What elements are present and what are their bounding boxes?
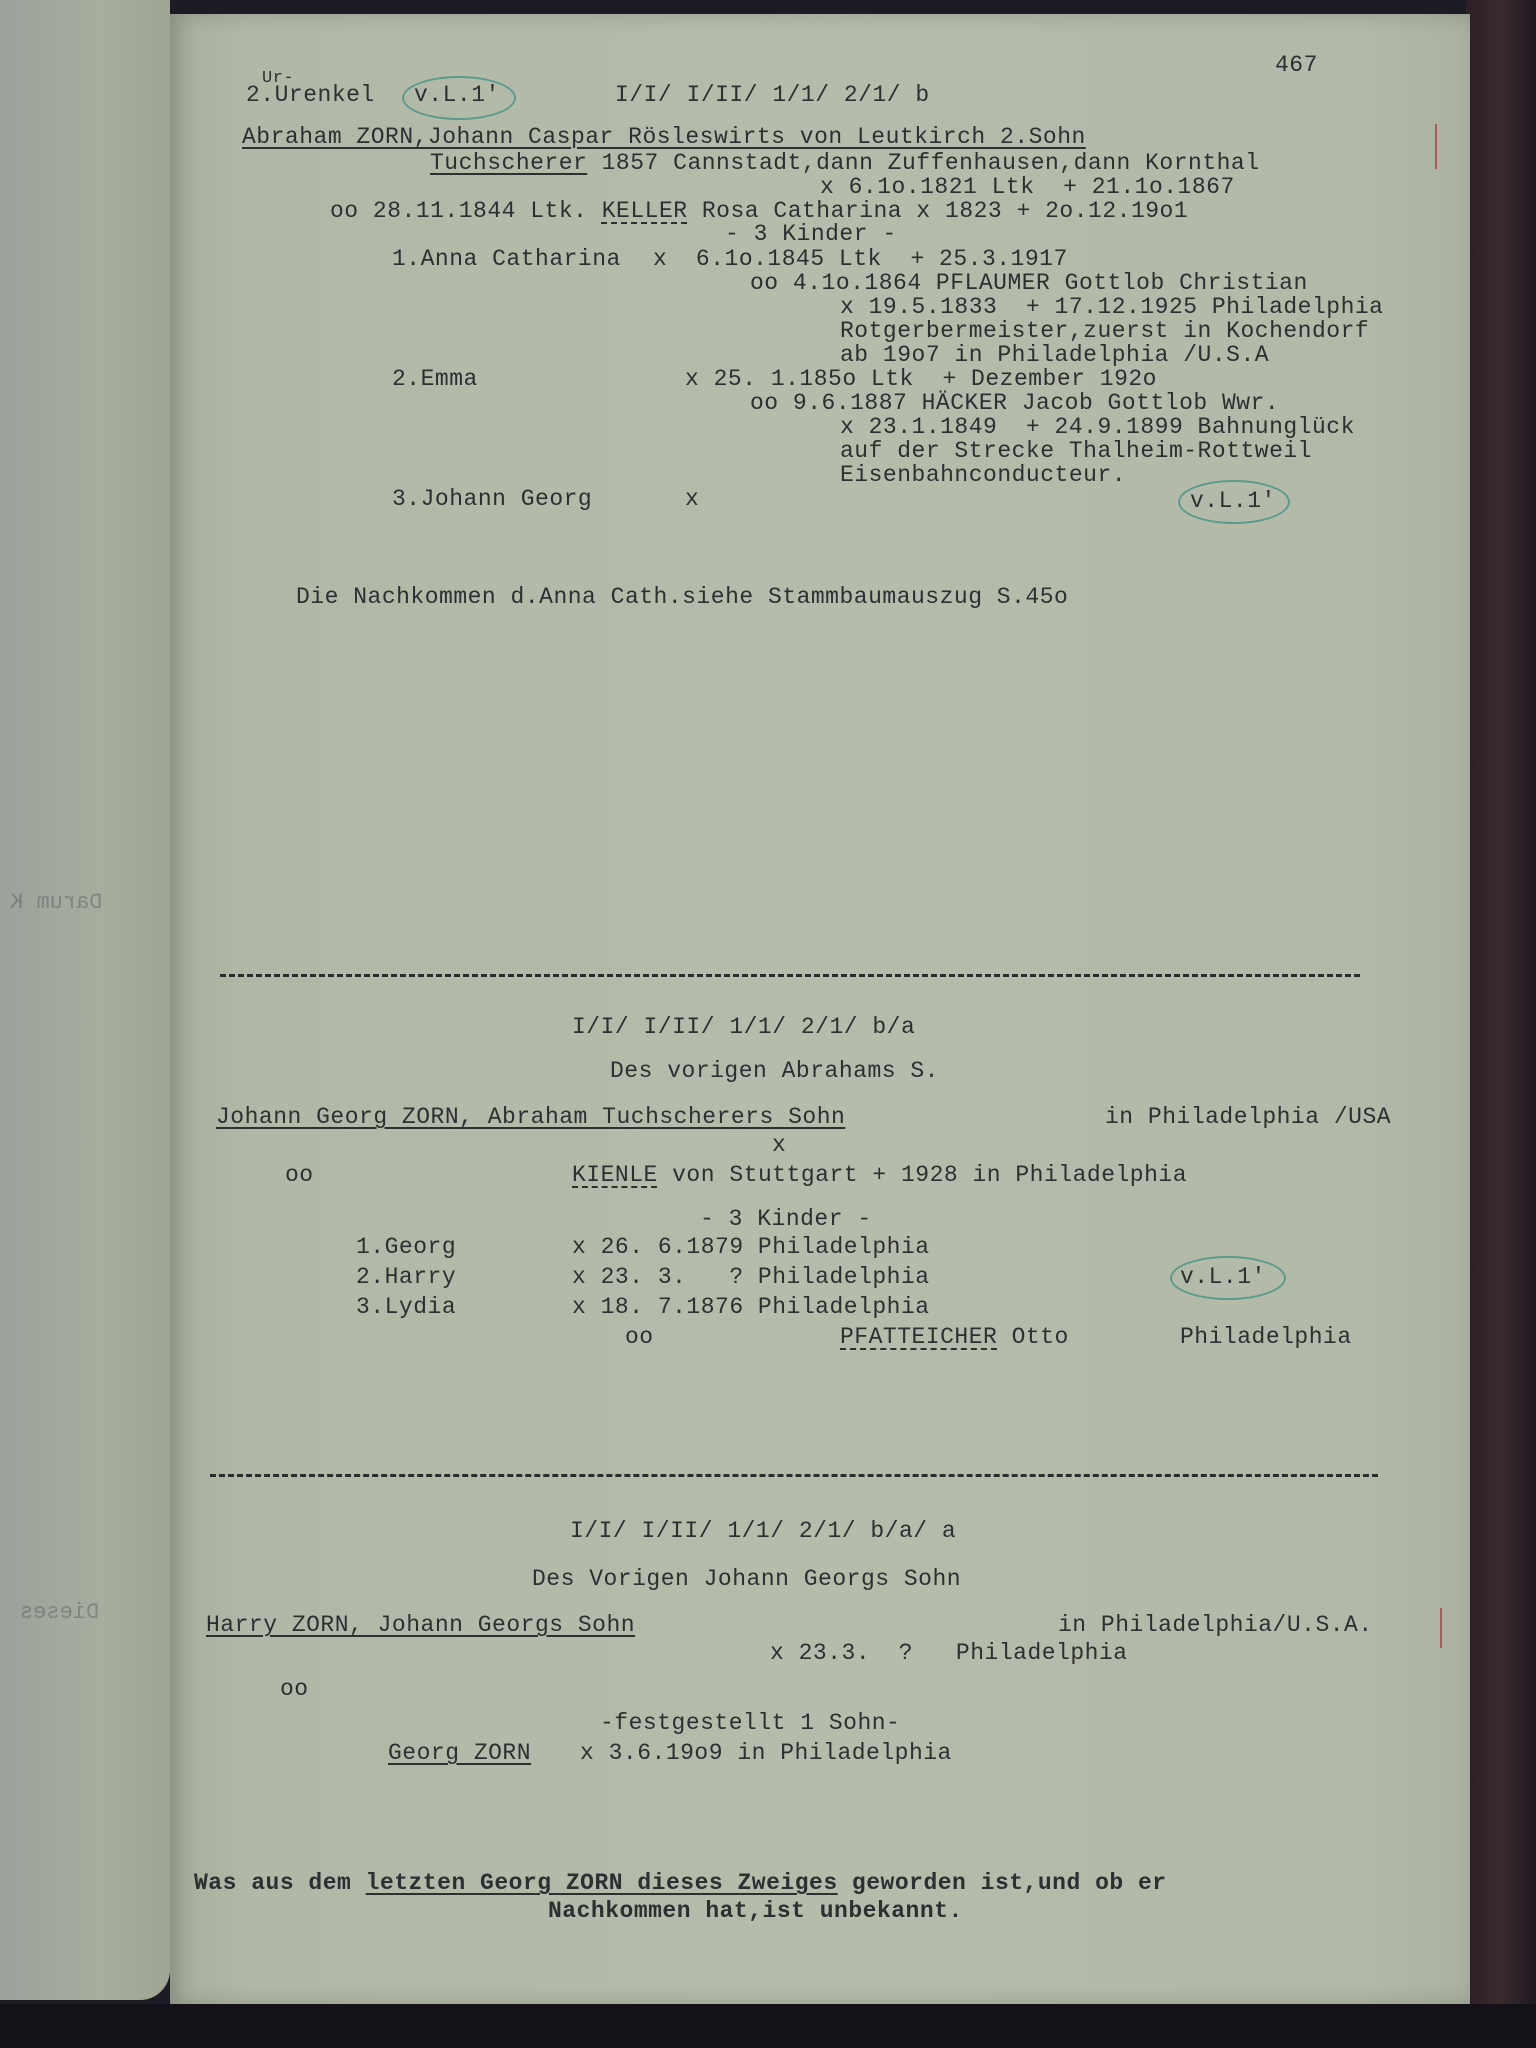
section-subtitle: Des vorigen Abrahams S.	[610, 1058, 939, 1084]
child-birth: x 3.6.19o9 in Philadelphia	[580, 1740, 952, 1766]
page-number: 467	[1275, 52, 1318, 78]
book-bottom-edge	[0, 2004, 1536, 2048]
descendants-note: Die Nachkommen d.Anna Cath.siehe Stammba…	[296, 584, 1068, 610]
child-detail: oo 4.1o.1864 PFLAUMER Gottlob Christian	[750, 270, 1308, 296]
marriage-marker: oo	[280, 1676, 309, 1702]
child-detail: Rotgerbermeister,zuerst in Kochendorf	[840, 318, 1369, 344]
left-facing-page: Darum K Dieses	[0, 0, 170, 2000]
green-circle-annotation	[1178, 480, 1290, 524]
spouse-details: von Stuttgart + 1928 in Philadelphia	[658, 1162, 1187, 1188]
occupation: Tuchscherer	[430, 150, 587, 176]
bleed-through-text: Dieses	[20, 1600, 99, 1625]
child-name: 2.Harry	[356, 1264, 456, 1290]
child-detail: x 23.1.1849 + 24.9.1899 Bahnunglück	[840, 414, 1355, 440]
residence: in Philadelphia/U.S.A.	[1058, 1612, 1373, 1638]
marriage-marker: oo	[285, 1162, 314, 1188]
occupation-details: 1857 Cannstadt,dann Zuffenhausen,dann Ko…	[587, 150, 1259, 176]
genealogy-code: I/I/ I/II/ 1/1/ 2/1/ b	[615, 82, 930, 108]
child-birth: x 6.1o.1845 Ltk + 25.3.1917	[653, 246, 1068, 272]
red-margin-mark	[1440, 1608, 1442, 1648]
child-detail: ab 19o7 in Philadelphia /U.S.A	[840, 342, 1269, 368]
book-cover-edge	[1466, 0, 1536, 2048]
child-detail: x 19.5.1833 + 17.12.1925 Philadelphia	[840, 294, 1384, 320]
section-divider	[220, 974, 1360, 977]
child-name: 1.Georg	[356, 1234, 456, 1260]
genealogy-code: I/I/ I/II/ 1/1/ 2/1/ b/a/ a	[570, 1518, 956, 1544]
closing-underlined: letzten Georg ZORN dieses Zweiges	[366, 1870, 838, 1896]
document-page: 467 Ur- 2.Urenkel v.L.1' I/I/ I/II/ 1/1/…	[170, 14, 1470, 2004]
bleed-through-text: Darum K	[10, 890, 102, 915]
child-birth: x 18. 7.1876 Philadelphia	[572, 1294, 930, 1320]
green-circle-annotation	[402, 76, 516, 120]
section-divider	[210, 1474, 1378, 1477]
life-dates: x 6.1o.1821 Ltk + 21.1o.1867	[820, 174, 1235, 200]
birth-marker: x	[772, 1132, 786, 1158]
marriage-marker: oo	[625, 1324, 654, 1350]
residence: in Philadelphia /USA	[1105, 1104, 1391, 1130]
child-detail: auf der Strecke Thalheim-Rottweil	[840, 438, 1312, 464]
children-heading: - 3 Kinder -	[725, 221, 897, 247]
genealogy-code: I/I/ I/II/ 1/1/ 2/1/ b/a	[572, 1014, 915, 1040]
child-name: Georg ZORN	[388, 1740, 531, 1766]
children-heading: -festgestellt 1 Sohn-	[600, 1710, 900, 1736]
child-detail: oo 9.6.1887 HÄCKER Jacob Gottlob Wwr.	[750, 390, 1279, 416]
spouse-firstname: Otto	[997, 1324, 1069, 1350]
green-circle-annotation	[1170, 1256, 1286, 1300]
person-heading: Johann Georg ZORN, Abraham Tuchscherers …	[216, 1104, 845, 1130]
generation-label: 2.Urenkel	[246, 82, 375, 108]
child-birth: x 25. 1.185o Ltk + Dezember 192o	[685, 366, 1157, 392]
child-name: 3.Johann Georg	[392, 486, 592, 512]
closing-text: Was aus dem	[194, 1870, 366, 1896]
closing-text: Nachkommen hat,ist unbekannt.	[548, 1898, 963, 1924]
person-heading: Harry ZORN, Johann Georgs Sohn	[206, 1612, 635, 1638]
marriage-info: oo 28.11.1844 Ltk.	[330, 198, 602, 224]
birth-info: x 23.3. ? Philadelphia	[770, 1640, 1128, 1666]
child-birth: x 26. 6.1879 Philadelphia	[572, 1234, 930, 1260]
child-birth: x 23. 3. ? Philadelphia	[572, 1264, 930, 1290]
section-subtitle: Des Vorigen Johann Georgs Sohn	[532, 1566, 961, 1592]
children-heading: - 3 Kinder -	[700, 1206, 872, 1232]
red-margin-mark	[1435, 124, 1437, 169]
child-name: 1.Anna Catharina	[392, 246, 621, 272]
spouse-surname: PFATTEICHER	[840, 1324, 997, 1350]
child-detail: Eisenbahnconducteur.	[840, 462, 1126, 488]
child-name: 2.Emma	[392, 366, 478, 392]
residence: Philadelphia	[1180, 1324, 1352, 1350]
person-heading: Abraham ZORN,Johann Caspar Rösleswirts v…	[242, 124, 1086, 150]
spouse-surname: KELLER	[602, 198, 688, 224]
spouse-surname: KIENLE	[572, 1162, 658, 1188]
child-birth: x	[685, 486, 699, 512]
closing-text: geworden ist,und ob er	[838, 1870, 1167, 1896]
child-name: 3.Lydia	[356, 1294, 456, 1320]
